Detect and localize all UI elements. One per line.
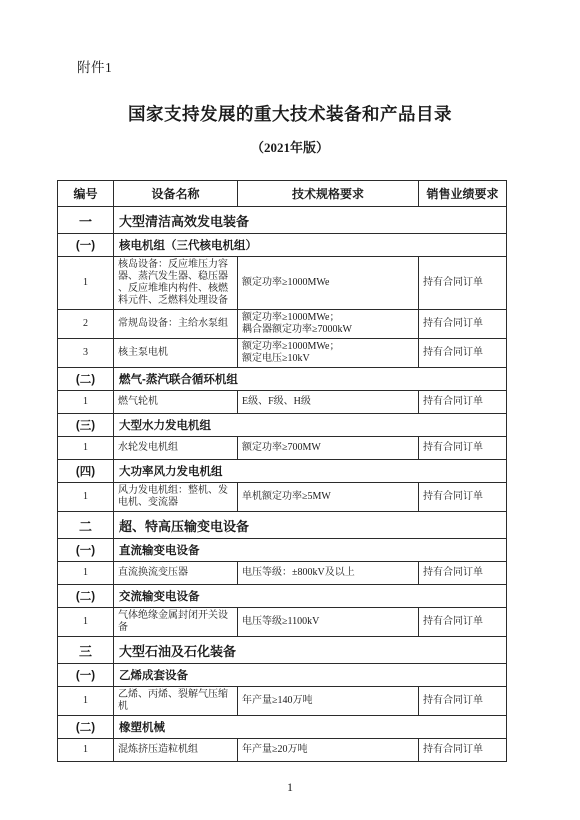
row-number-cell: 1 xyxy=(58,687,114,716)
table-header: 编号 设备名称 技术规格要求 销售业绩要求 xyxy=(58,181,507,207)
row-number-cell: (二) xyxy=(58,368,114,391)
spec-requirement-cell: 额定功率≥1000MWe； 额定电压≥10kV xyxy=(238,339,419,368)
equipment-name-cell: 燃气轮机 xyxy=(114,391,238,414)
sales-requirement-cell: 持有合同订单 xyxy=(419,687,507,716)
category-name-cell: 燃气-蒸汽联合循环机组 xyxy=(114,368,507,391)
row-number-cell: (二) xyxy=(58,585,114,608)
row-number-cell: (一) xyxy=(58,664,114,687)
row-number-cell: 1 xyxy=(58,391,114,414)
spec-requirement-cell: 额定功率≥1000MWe xyxy=(238,257,419,310)
spec-requirement-cell: 额定功率≥700MW xyxy=(238,437,419,460)
spec-requirement-cell: 单机额定功率≥5MW xyxy=(238,483,419,512)
row-number-cell: (二) xyxy=(58,716,114,739)
equipment-name-cell: 水轮发电机组 xyxy=(114,437,238,460)
equipment-name-cell: 核主泵电机 xyxy=(114,339,238,368)
category-name-cell: 核电机组（三代核电机组） xyxy=(114,234,507,257)
category-name-cell: 乙烯成套设备 xyxy=(114,664,507,687)
column-header-number: 编号 xyxy=(58,181,114,207)
equipment-name-cell: 常规岛设备：主给水泵组 xyxy=(114,310,238,339)
spec-requirement-cell: 年产量≥140万吨 xyxy=(238,687,419,716)
table-row: 1燃气轮机E级、F级、H级持有合同订单 xyxy=(58,391,507,414)
table-row: 2常规岛设备：主给水泵组额定功率≥1000MWe； 耦合器额定功率≥7000kW… xyxy=(58,310,507,339)
table-row: 一大型清洁高效发电装备 xyxy=(58,207,507,234)
page-subtitle: （2021年版） xyxy=(0,137,580,156)
spec-requirement-cell: E级、F级、H级 xyxy=(238,391,419,414)
row-number-cell: (三) xyxy=(58,414,114,437)
equipment-name-cell: 混炼挤压造粒机组 xyxy=(114,739,238,762)
spec-requirement-cell: 年产量≥20万吨 xyxy=(238,739,419,762)
table-row: (二)交流输变电设备 xyxy=(58,585,507,608)
row-number-cell: 1 xyxy=(58,739,114,762)
category-name-cell: 大型水力发电机组 xyxy=(114,414,507,437)
table-row: (一)乙烯成套设备 xyxy=(58,664,507,687)
equipment-name-cell: 核岛设备：反应堆压力容器、蒸汽发生器、稳压器、反应堆堆内构件、核燃料元件、乏燃料… xyxy=(114,257,238,310)
table-row: (一)核电机组（三代核电机组） xyxy=(58,234,507,257)
row-number-cell: 1 xyxy=(58,562,114,585)
sales-requirement-cell: 持有合同订单 xyxy=(419,562,507,585)
table-row: 3核主泵电机额定功率≥1000MWe； 额定电压≥10kV持有合同订单 xyxy=(58,339,507,368)
table-row: 1直流换流变压器电压等级：±800kV及以上持有合同订单 xyxy=(58,562,507,585)
table-row: 1风力发电机组：整机、发电机、变流器单机额定功率≥5MW持有合同订单 xyxy=(58,483,507,512)
column-header-equipment-name: 设备名称 xyxy=(114,181,238,207)
table-row: (一)直流输变电设备 xyxy=(58,539,507,562)
page-title: 国家支持发展的重大技术装备和产品目录 xyxy=(0,101,580,126)
table-row: 1混炼挤压造粒机组年产量≥20万吨持有合同订单 xyxy=(58,739,507,762)
row-number-cell: 1 xyxy=(58,437,114,460)
table-row: (四)大功率风力发电机组 xyxy=(58,460,507,483)
table-row: (二)燃气-蒸汽联合循环机组 xyxy=(58,368,507,391)
spec-requirement-cell: 电压等级≥1100kV xyxy=(238,608,419,637)
table-row: 1核岛设备：反应堆压力容器、蒸汽发生器、稳压器、反应堆堆内构件、核燃料元件、乏燃… xyxy=(58,257,507,310)
table-row: 二超、特高压输变电设备 xyxy=(58,512,507,539)
row-number-cell: 一 xyxy=(58,207,114,234)
table-row: (三)大型水力发电机组 xyxy=(58,414,507,437)
sales-requirement-cell: 持有合同订单 xyxy=(419,739,507,762)
category-name-cell: 交流输变电设备 xyxy=(114,585,507,608)
table-row: (二)橡塑机械 xyxy=(58,716,507,739)
sales-requirement-cell: 持有合同订单 xyxy=(419,339,507,368)
category-name-cell: 大功率风力发电机组 xyxy=(114,460,507,483)
table-row: 三大型石油及石化装备 xyxy=(58,637,507,664)
document-page: { "page": { "attachment_label": "附件1", "… xyxy=(0,0,580,820)
sales-requirement-cell: 持有合同订单 xyxy=(419,437,507,460)
row-number-cell: (四) xyxy=(58,460,114,483)
sales-requirement-cell: 持有合同订单 xyxy=(419,608,507,637)
row-number-cell: (一) xyxy=(58,234,114,257)
equipment-name-cell: 风力发电机组：整机、发电机、变流器 xyxy=(114,483,238,512)
equipment-catalog-table: 编号 设备名称 技术规格要求 销售业绩要求 一大型清洁高效发电装备(一)核电机组… xyxy=(57,180,507,762)
equipment-name-cell: 直流换流变压器 xyxy=(114,562,238,585)
table-row: 1气体绝缘金属封闭开关设备电压等级≥1100kV持有合同订单 xyxy=(58,608,507,637)
column-header-sales-requirement: 销售业绩要求 xyxy=(419,181,507,207)
row-number-cell: 二 xyxy=(58,512,114,539)
category-name-cell: 超、特高压输变电设备 xyxy=(114,512,507,539)
category-name-cell: 大型石油及石化装备 xyxy=(114,637,507,664)
sales-requirement-cell: 持有合同订单 xyxy=(419,483,507,512)
row-number-cell: 1 xyxy=(58,483,114,512)
row-number-cell: 2 xyxy=(58,310,114,339)
sales-requirement-cell: 持有合同订单 xyxy=(419,257,507,310)
table-row: 1乙烯、丙烯、裂解气压缩机年产量≥140万吨持有合同订单 xyxy=(58,687,507,716)
category-name-cell: 大型清洁高效发电装备 xyxy=(114,207,507,234)
equipment-name-cell: 乙烯、丙烯、裂解气压缩机 xyxy=(114,687,238,716)
category-name-cell: 直流输变电设备 xyxy=(114,539,507,562)
category-name-cell: 橡塑机械 xyxy=(114,716,507,739)
row-number-cell: (一) xyxy=(58,539,114,562)
table-row: 1水轮发电机组额定功率≥700MW持有合同订单 xyxy=(58,437,507,460)
column-header-spec-requirement: 技术规格要求 xyxy=(238,181,419,207)
attachment-label: 附件1 xyxy=(77,56,112,76)
spec-requirement-cell: 电压等级：±800kV及以上 xyxy=(238,562,419,585)
row-number-cell: 1 xyxy=(58,608,114,637)
spec-requirement-cell: 额定功率≥1000MWe； 耦合器额定功率≥7000kW xyxy=(238,310,419,339)
equipment-name-cell: 气体绝缘金属封闭开关设备 xyxy=(114,608,238,637)
sales-requirement-cell: 持有合同订单 xyxy=(419,310,507,339)
sales-requirement-cell: 持有合同订单 xyxy=(419,391,507,414)
row-number-cell: 三 xyxy=(58,637,114,664)
table-header-row: 编号 设备名称 技术规格要求 销售业绩要求 xyxy=(58,181,507,207)
row-number-cell: 1 xyxy=(58,257,114,310)
table-body: 一大型清洁高效发电装备(一)核电机组（三代核电机组）1核岛设备：反应堆压力容器、… xyxy=(58,207,507,762)
page-number: 1 xyxy=(0,780,580,795)
row-number-cell: 3 xyxy=(58,339,114,368)
